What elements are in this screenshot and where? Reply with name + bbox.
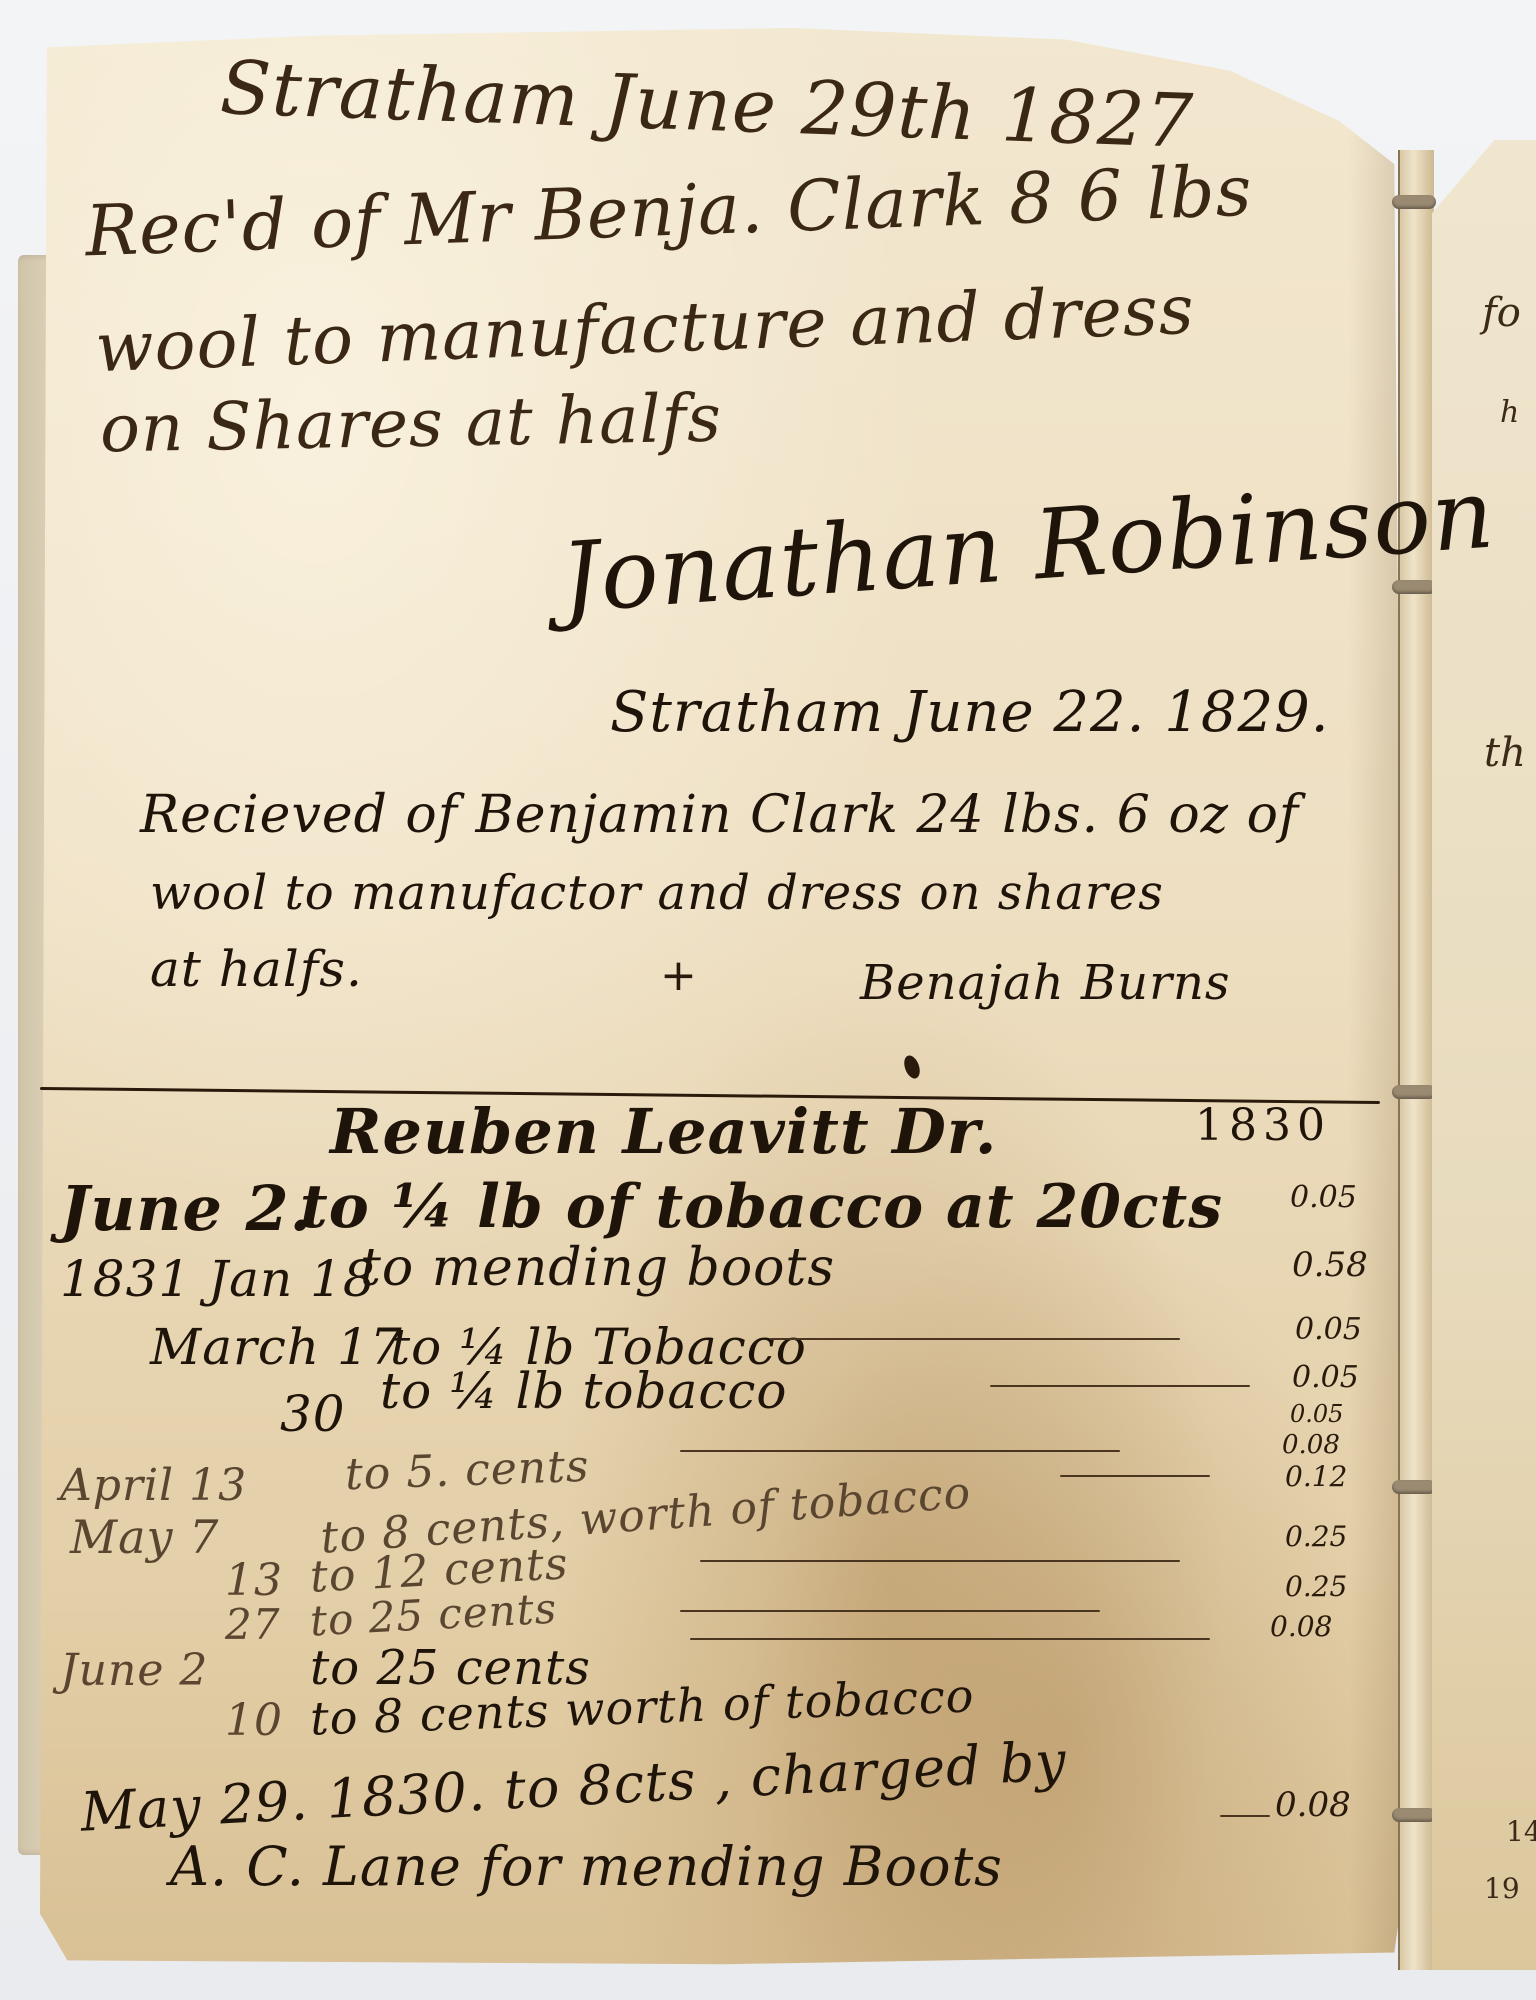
entry-amount: 0.05 bbox=[1295, 1312, 1362, 1347]
ledger-page-right-facing bbox=[1432, 140, 1536, 1970]
facing-page-fragment: th bbox=[1484, 730, 1526, 776]
binding-stitch bbox=[1392, 195, 1436, 209]
entry-leader-line bbox=[700, 1560, 1180, 1562]
entry-amount: 0.05 bbox=[1292, 1360, 1359, 1395]
entry-date: 10 bbox=[225, 1695, 283, 1746]
entry-amount: 0.12 bbox=[1285, 1460, 1347, 1493]
entry-date: 30 bbox=[280, 1385, 346, 1443]
receipt-2-line-3: at halfs. bbox=[150, 940, 363, 998]
entry-amount: 0.08 bbox=[1282, 1430, 1340, 1460]
entry-text: to 5. cents bbox=[344, 1441, 590, 1500]
entry-date: 27 bbox=[225, 1600, 280, 1649]
signature-mark-cross-icon: + bbox=[660, 950, 697, 1001]
binding-stitch bbox=[1392, 580, 1436, 594]
entry-amount: 0.08 bbox=[1270, 1610, 1332, 1643]
entry-date: April 13 bbox=[60, 1460, 247, 1511]
receipt-2-signature: Benajah Burns bbox=[860, 955, 1231, 1011]
final-entry-line-2: A. C. Lane for mending Boots bbox=[170, 1835, 1003, 1898]
entry-leader-line bbox=[1060, 1475, 1210, 1477]
entry-amount: 0.25 bbox=[1285, 1520, 1347, 1553]
entry-date: 1831 Jan 18 bbox=[60, 1250, 376, 1308]
entry-leader-line bbox=[680, 1610, 1100, 1612]
binding-stitch bbox=[1392, 1480, 1436, 1494]
account-year: 1830 bbox=[1195, 1100, 1331, 1151]
binding-stitch bbox=[1392, 1808, 1436, 1822]
facing-page-fragment: h bbox=[1500, 395, 1519, 430]
entry-leader-line bbox=[680, 1450, 1120, 1452]
facing-page-fragment: 14 bbox=[1506, 1815, 1536, 1848]
facing-page-fragment: fo bbox=[1482, 290, 1521, 336]
entry-leader-line bbox=[690, 1638, 1210, 1640]
account-heading: Reuben Leavitt Dr. bbox=[330, 1095, 998, 1168]
entry-text: to ¼ lb tobacco bbox=[380, 1362, 787, 1420]
entry-date: June 2. bbox=[60, 1172, 312, 1245]
receipt-2-line-2: wool to manufactor and dress on shares bbox=[150, 865, 1164, 921]
final-entry-amount: 0.08 bbox=[1275, 1785, 1351, 1825]
entry-date: May 7 bbox=[70, 1510, 219, 1564]
entry-date: June 2 bbox=[60, 1645, 208, 1696]
entry-date: 13 bbox=[225, 1555, 283, 1606]
entry-text: to mending boots bbox=[360, 1238, 835, 1298]
entry-text: to ¼ lb of tobacco at 20cts bbox=[300, 1172, 1223, 1242]
entry-date: March 17 bbox=[150, 1318, 403, 1376]
entry-leader-line bbox=[770, 1338, 1180, 1340]
entry-amount: 0.05 bbox=[1290, 1180, 1357, 1215]
receipt-2-place-date: Stratham June 22. 1829. bbox=[610, 680, 1330, 745]
entry-leader-line bbox=[990, 1385, 1250, 1387]
book-spine bbox=[1398, 150, 1434, 1970]
entry-amount: 0.58 bbox=[1292, 1245, 1368, 1285]
entry-amount: 0.25 bbox=[1285, 1570, 1347, 1603]
facing-page-fragment: 19 bbox=[1484, 1872, 1520, 1905]
entry-leader-line bbox=[1220, 1815, 1270, 1817]
receipt-2-line-1: Recieved of Benjamin Clark 24 lbs. 6 oz … bbox=[140, 785, 1299, 845]
entry-amount: 0.05 bbox=[1290, 1400, 1343, 1428]
receipt-1-line-3: on Shares at halfs bbox=[99, 380, 722, 468]
binding-stitch bbox=[1392, 1085, 1436, 1099]
